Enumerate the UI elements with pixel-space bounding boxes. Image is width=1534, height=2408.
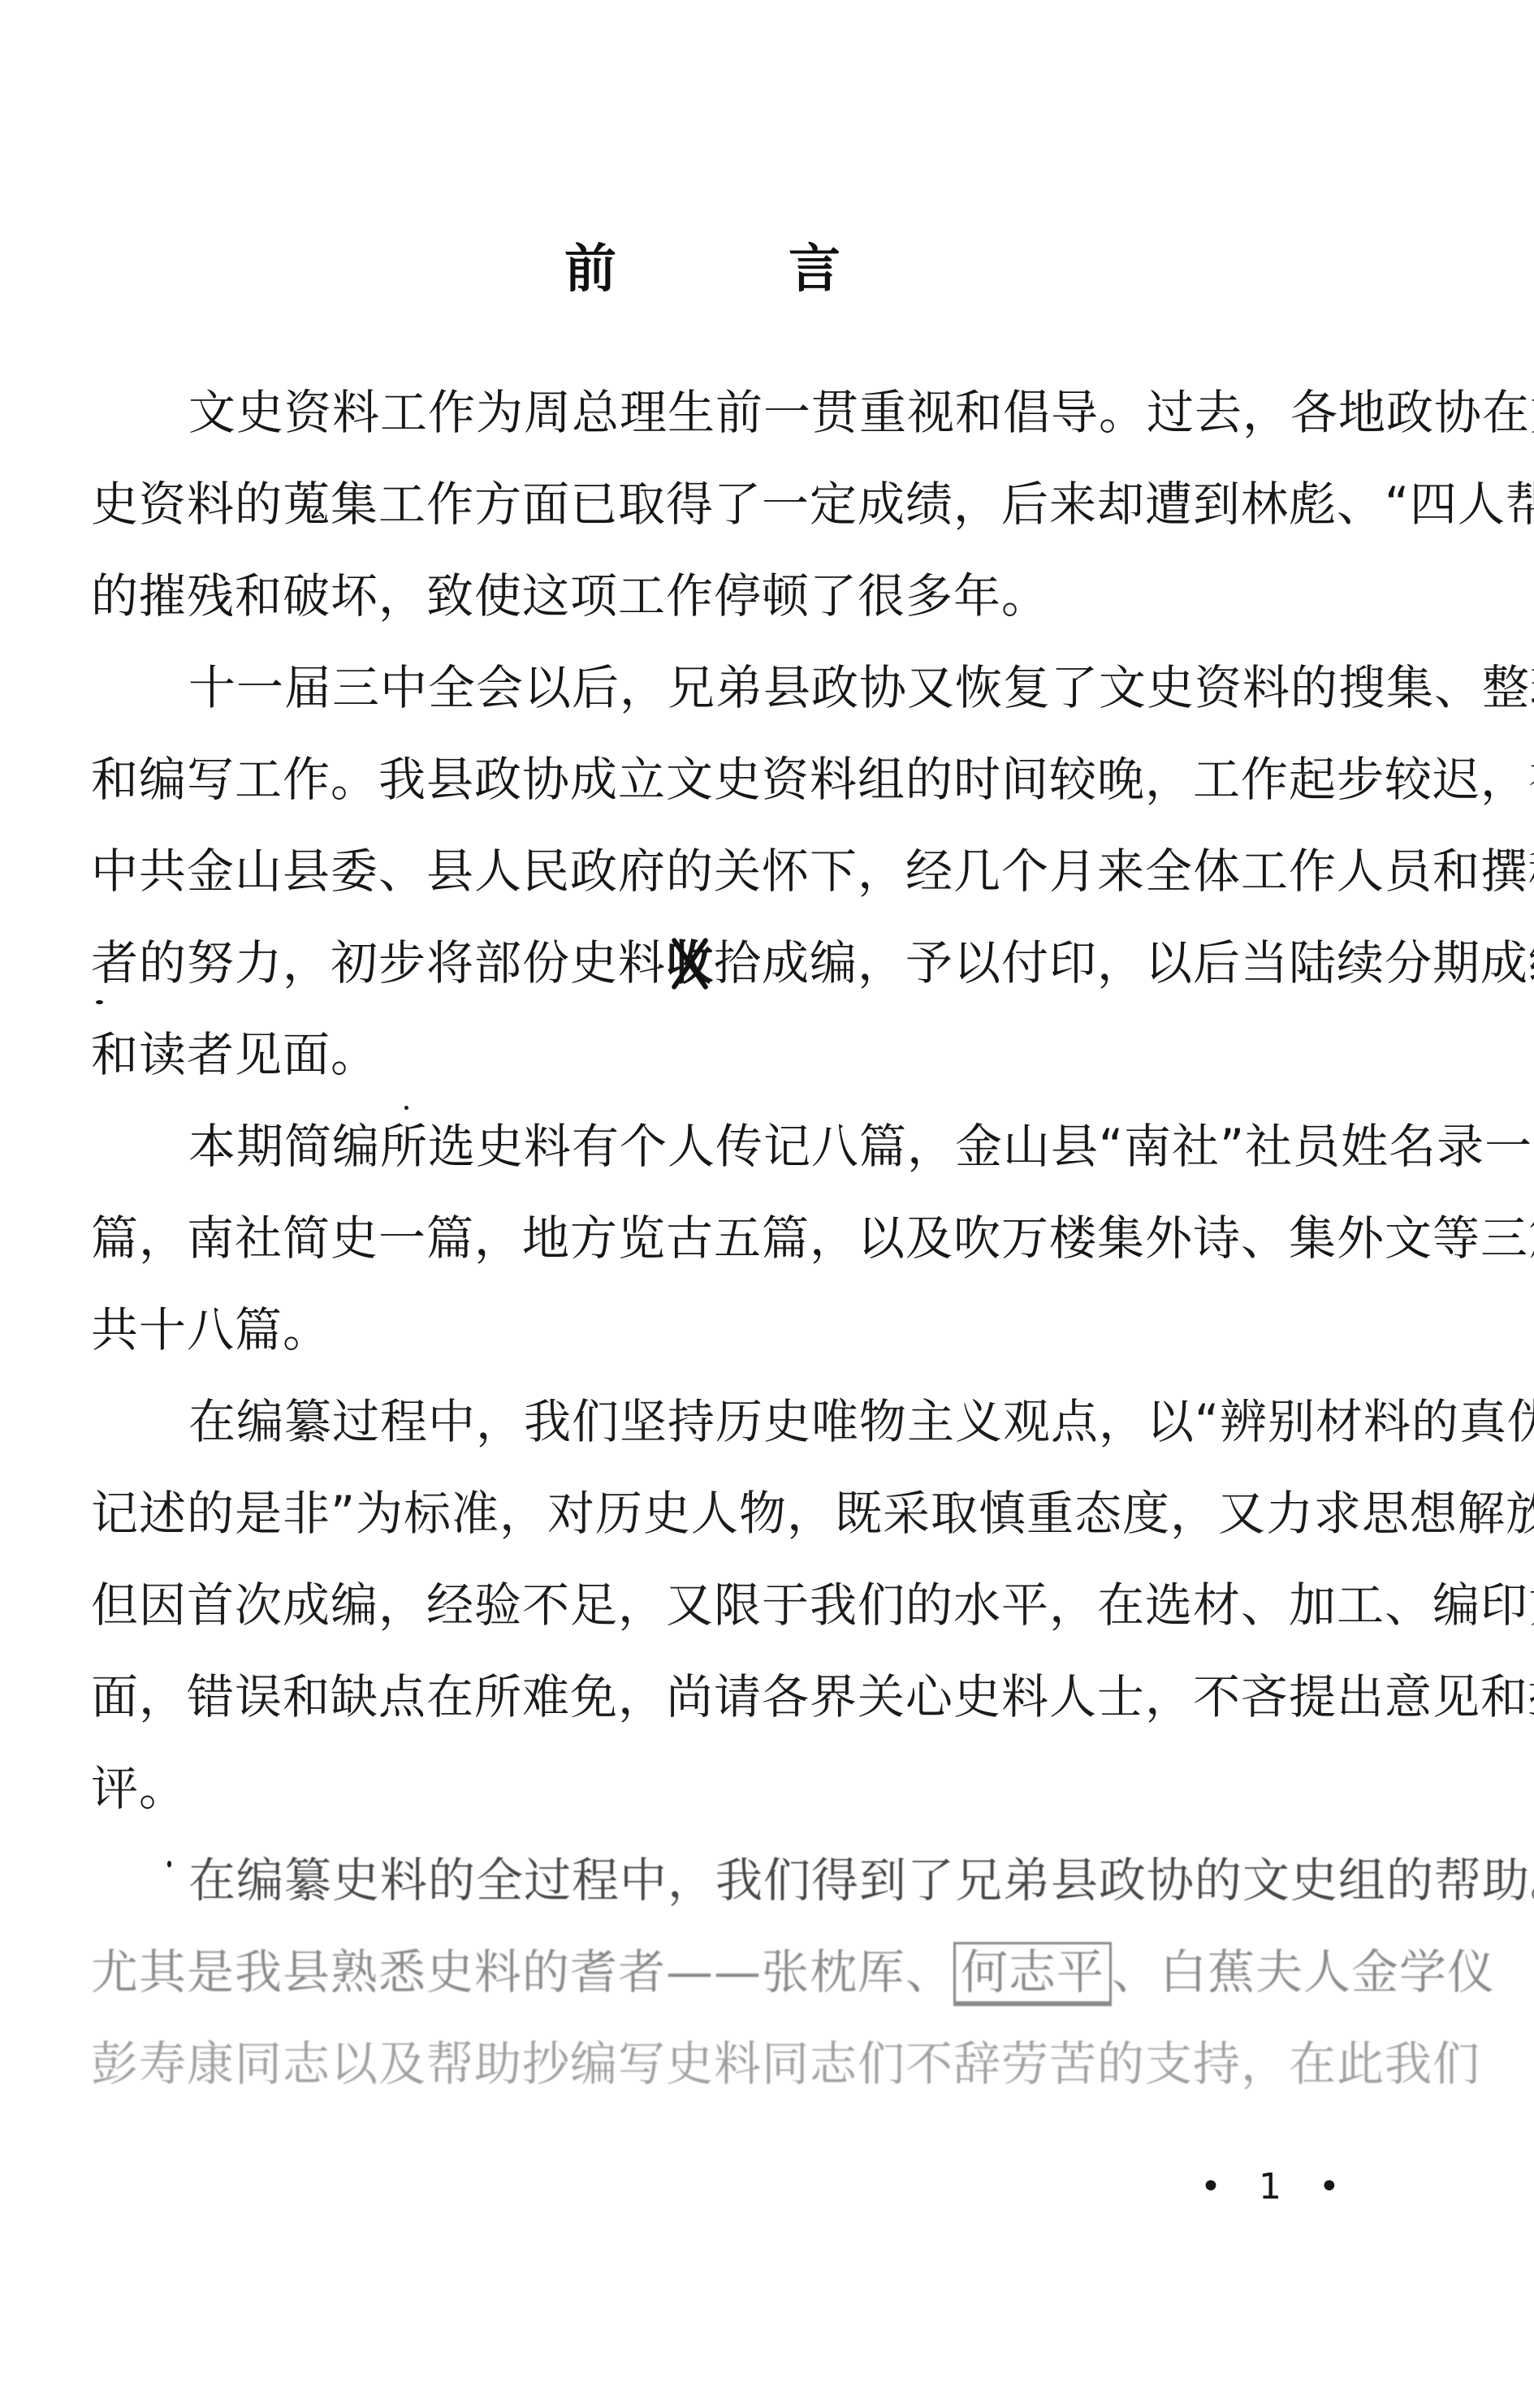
page-title: 前 言 — [564, 244, 840, 296]
title-char-yan: 言 — [789, 244, 840, 296]
text-line: 者的努力，初步将部份史料收拾成编，予以付印，以后当陆续分期成编， — [91, 917, 1471, 1009]
text-line: 彭寿康同志以及帮助抄编写史料同志们不辞劳苦的支持，在此我们 — [91, 2018, 1471, 2110]
text-line: 本期简编所选史料有个人传记八篇，金山县“南社”社员姓名录一 — [91, 1101, 1471, 1193]
ink-speck — [96, 1000, 103, 1004]
text-line: 面，错误和缺点在所难免，尚请各界关心史料人士，不吝提出意见和批 — [91, 1651, 1471, 1743]
reviewer-boxed-name: 何志平 — [953, 1942, 1112, 2006]
ink-speck — [166, 1052, 171, 1057]
handwritten-strikeout-mark: 收 — [666, 917, 714, 1009]
text-line: 中共金山县委、县人民政府的关怀下，经几个月来全体工作人员和撰稿 — [91, 826, 1471, 917]
scanned-document-page: 前 言 文史资料工作为周总理生前一贯重视和倡导。过去，各地政协在文 史资料的蒐集… — [0, 0, 1534, 2408]
line-segment: 、白蕉夫人金学仪 — [1112, 1944, 1495, 2000]
page-number: • 1 • — [1200, 2166, 1353, 2207]
text-line: 的摧残和破坏，致使这项工作停顿了很多年。 — [91, 550, 1471, 642]
text-line: 史资料的蒐集工作方面已取得了一定成绩，后来却遭到林彪、“四人帮” — [91, 459, 1471, 550]
text-line: 十一届三中全会以后，兄弟县政协又恢复了文史资料的搜集、整理 — [91, 642, 1471, 734]
text-line: 篇，南社简史一篇，地方览古五篇，以及吹万楼集外诗、集外文等三篇， — [91, 1193, 1471, 1284]
line-segment: 尤其是我县熟悉史料的耆者——张枕厍、 — [91, 1944, 953, 2000]
title-char-qian: 前 — [564, 244, 616, 296]
text-line: 和读者见面。 — [91, 1009, 1471, 1101]
text-line: 和编写工作。我县政协成立文史资料组的时间较晚，工作起步较迟，在 — [91, 734, 1471, 826]
text-line: 尤其是我县熟悉史料的耆者——张枕厍、何志平、白蕉夫人金学仪 — [91, 1927, 1471, 2018]
text-line: 共十八篇。 — [91, 1284, 1471, 1376]
line-segment: 拾成编，予以付印，以后当陆续分期成编， — [714, 935, 1534, 990]
ink-speck — [404, 1106, 408, 1110]
preface-body: 文史资料工作为周总理生前一贯重视和倡导。过去，各地政协在文 史资料的蒐集工作方面… — [91, 367, 1471, 2110]
text-line: 文史资料工作为周总理生前一贯重视和倡导。过去，各地政协在文 — [91, 367, 1471, 459]
text-line: 记述的是非”为标准，对历史人物，既采取慎重态度，又力求思想解放， — [91, 1468, 1471, 1560]
text-line: 评。 — [91, 1743, 1471, 1835]
text-line: 在编纂过程中，我们坚持历史唯物主义观点，以“辨别材料的真伪， — [91, 1376, 1471, 1468]
line-segment: 者的努力，初步将部份史料 — [91, 935, 666, 990]
ink-speck — [167, 1861, 171, 1867]
text-line: 但因首次成编，经验不足，又限于我们的水平，在选材、加工、编印方 — [91, 1560, 1471, 1651]
text-line: 在编纂史料的全过程中，我们得到了兄弟县政协的文史组的帮助。 — [91, 1835, 1471, 1927]
